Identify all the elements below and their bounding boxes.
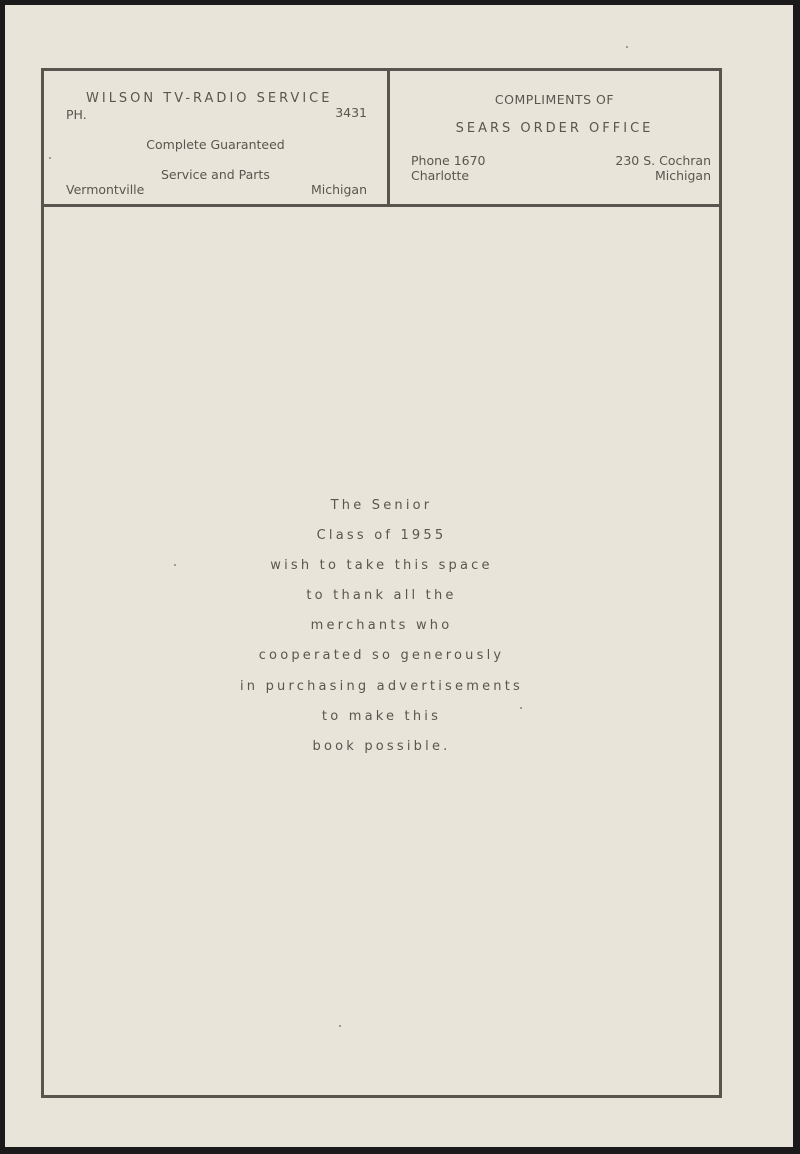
page-frame: WILSON TV-RADIO SERVICE PH. 3431 Complet… [41,68,722,1098]
wilson-phone-label: PH. [66,107,87,122]
yearbook-page: WILSON TV-RADIO SERVICE PH. 3431 Complet… [5,5,793,1147]
paper-speck [520,707,522,709]
message-line: Class of 1955 [44,521,719,551]
sears-business-name: SEARS ORDER OFFICE [390,121,719,136]
sears-address: 230 S. Cochran [615,153,711,168]
message-line: book possible. [44,732,719,762]
wilson-tagline-1: Complete Guaranteed [44,137,387,152]
sears-heading: COMPLIMENTS OF [390,92,719,107]
message-line: cooperated so generously [44,641,719,671]
message-line: to make this [44,702,719,732]
message-line: wish to take this space [44,551,719,581]
message-line: to thank all the [44,581,719,611]
paper-speck [174,564,176,566]
paper-speck [49,157,51,159]
wilson-phone-number: 3431 [335,105,367,120]
ad-divider-horizontal [44,204,719,207]
sears-state: Michigan [655,168,711,183]
sears-phone: Phone 1670 [411,153,486,168]
wilson-tagline-2: Service and Parts [161,167,270,182]
wilson-city: Vermontville [66,182,144,197]
wilson-business-name: WILSON TV-RADIO SERVICE [86,91,332,106]
sears-city: Charlotte [411,168,469,183]
wilson-ad: WILSON TV-RADIO SERVICE PH. 3431 Complet… [44,71,387,204]
wilson-state: Michigan [311,182,367,197]
message-line: merchants who [44,611,719,641]
sears-ad: COMPLIMENTS OF SEARS ORDER OFFICE Phone … [390,71,719,204]
paper-speck [626,46,628,48]
paper-speck [339,1025,341,1027]
thank-you-message: The Senior Class of 1955 wish to take th… [44,491,719,762]
message-line: in purchasing advertisements [44,672,719,702]
message-line: The Senior [44,491,719,521]
